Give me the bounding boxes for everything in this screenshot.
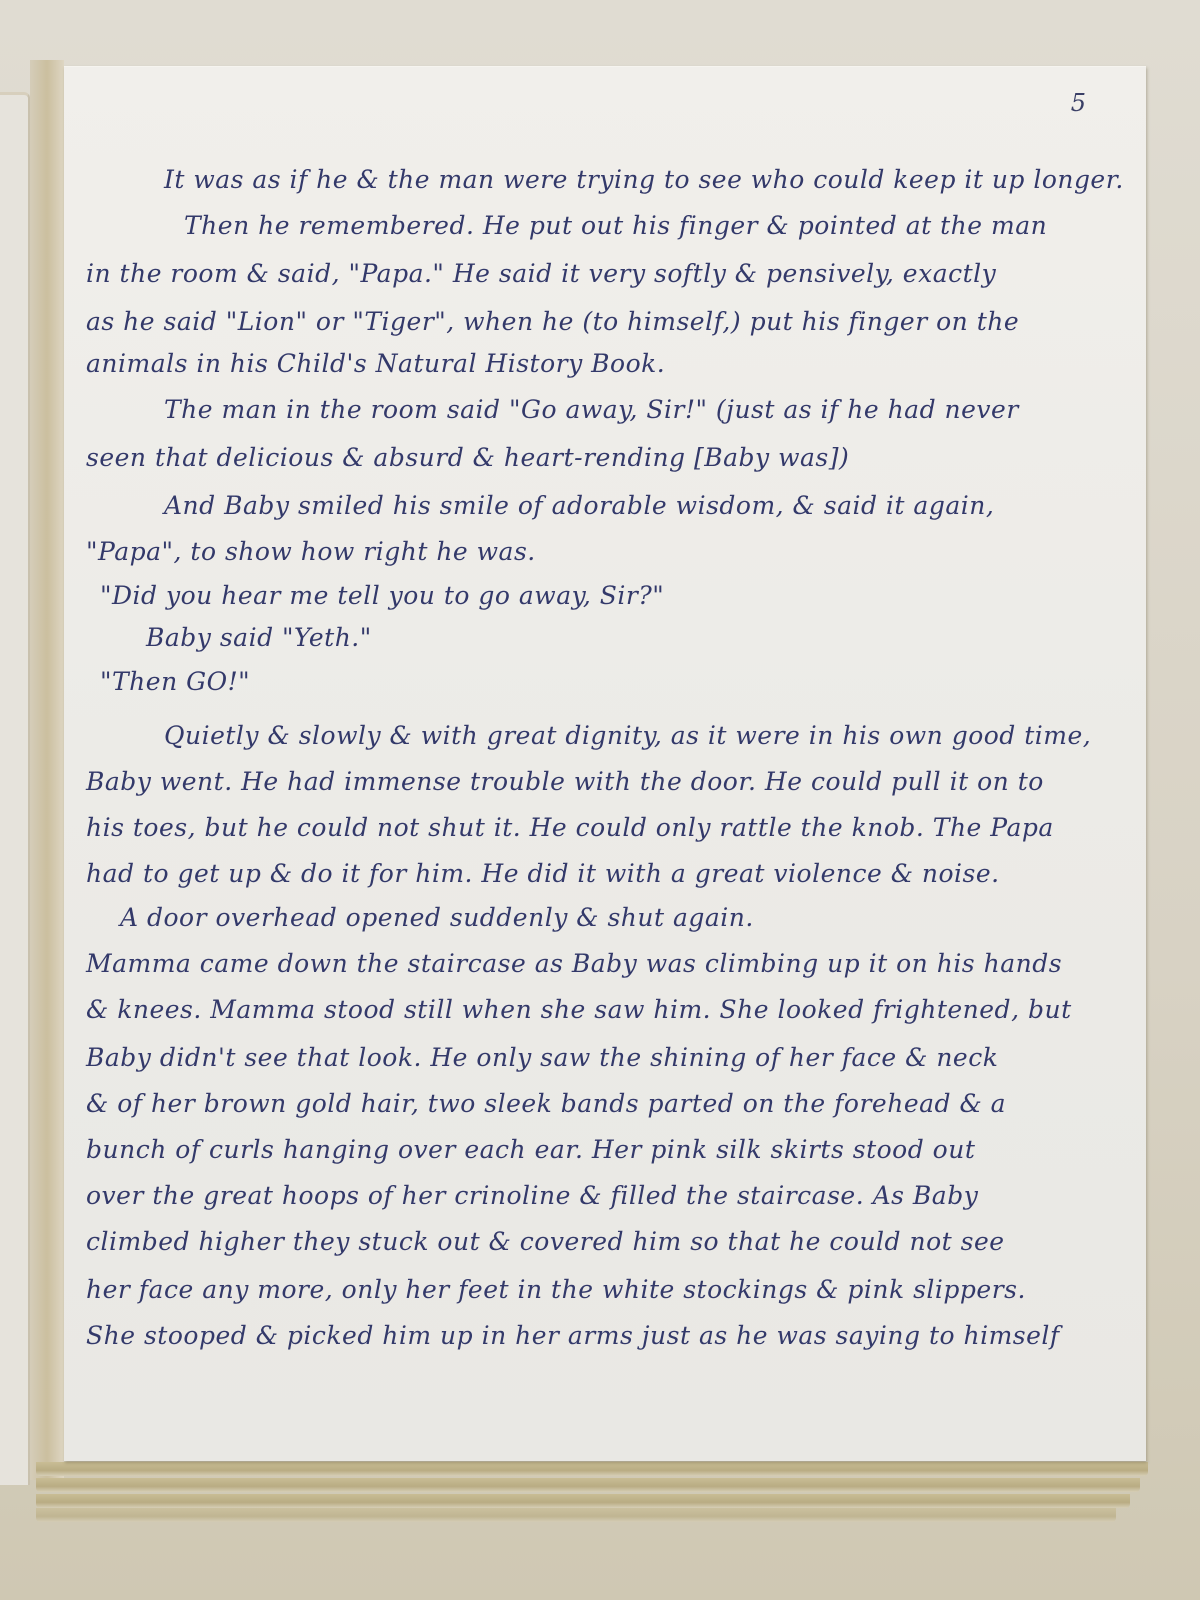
manuscript-line: "Then GO!" [100, 667, 250, 696]
manuscript-line: as he said "Lion" or "Tiger", when he (t… [86, 307, 1019, 336]
binding-gutter [30, 60, 64, 1480]
manuscript-line: bunch of curls hanging over each ear. He… [86, 1135, 975, 1164]
page-stack-edge [36, 1508, 1116, 1522]
manuscript-line: "Did you hear me tell you to go away, Si… [100, 581, 664, 610]
manuscript-line: & of her brown gold hair, two sleek band… [86, 1089, 1006, 1118]
manuscript-line: A door overhead opened suddenly & shut a… [120, 903, 754, 932]
page-stack-edge [36, 1478, 1140, 1492]
manuscript-line: seen that delicious & absurd & heart-ren… [86, 443, 849, 472]
manuscript-line: & knees. Mamma stood still when she saw … [86, 995, 1072, 1024]
manuscript-line: Baby didn't see that look. He only saw t… [86, 1043, 998, 1072]
adjacent-page-edge [0, 92, 30, 1485]
manuscript-line: Mamma came down the staircase as Baby wa… [86, 949, 1062, 978]
manuscript-line: "Papa", to show how right he was. [86, 537, 536, 566]
manuscript-line: animals in his Child's Natural History B… [86, 349, 665, 378]
manuscript-line: over the great hoops of her crinoline & … [86, 1181, 978, 1210]
manuscript-body: It was as if he & the man were trying to… [64, 67, 1146, 1461]
manuscript-line: The man in the room said "Go away, Sir!"… [164, 395, 1019, 424]
manuscript-line: climbed higher they stuck out & covered … [86, 1227, 1005, 1256]
manuscript-line: It was as if he & the man were trying to… [164, 165, 1124, 194]
manuscript-line: Then he remembered. He put out his finge… [184, 211, 1047, 240]
manuscript-line: Baby said "Yeth." [146, 623, 372, 652]
manuscript-line: his toes, but he could not shut it. He c… [86, 813, 1054, 842]
manuscript-line: had to get up & do it for him. He did it… [86, 859, 1000, 888]
page-stack-edge [36, 1462, 1148, 1476]
manuscript-line: Quietly & slowly & with great dignity, a… [164, 721, 1091, 750]
manuscript-page: 5 It was as if he & the man were trying … [64, 66, 1146, 1461]
manuscript-line: her face any more, only her feet in the … [86, 1275, 1026, 1304]
page-stack-edge [36, 1494, 1130, 1508]
manuscript-line: She stooped & picked him up in her arms … [86, 1321, 1060, 1350]
manuscript-line: in the room & said, "Papa." He said it v… [86, 259, 996, 288]
manuscript-line: And Baby smiled his smile of adorable wi… [164, 491, 994, 520]
manuscript-line: Baby went. He had immense trouble with t… [86, 767, 1044, 796]
